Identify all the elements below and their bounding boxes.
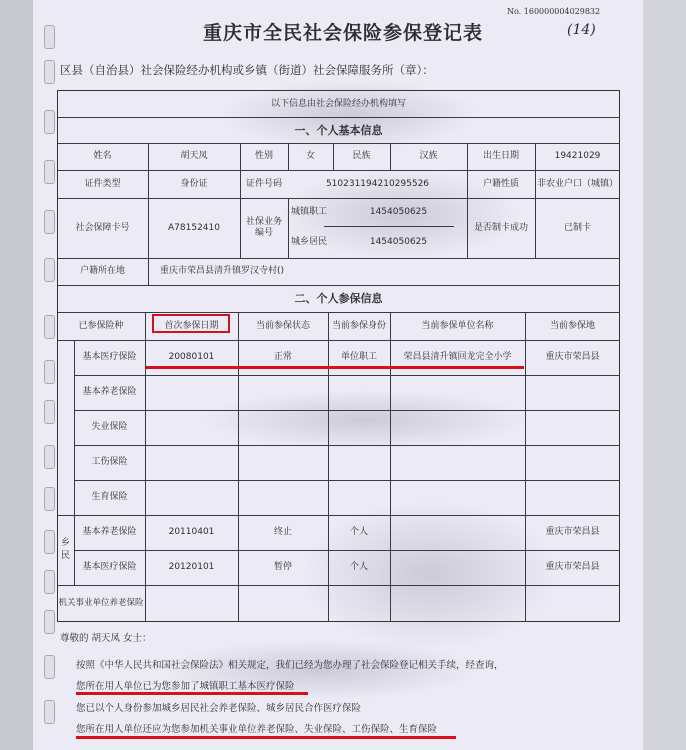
insurance-status: 终止 <box>238 515 328 550</box>
insurance-identity <box>328 410 390 445</box>
punch-hole <box>44 530 55 554</box>
section-title-basic: 一、个人基本信息 <box>57 117 620 143</box>
red-underline <box>76 736 456 739</box>
insurance-identity: 个人 <box>328 515 390 550</box>
punch-hole <box>44 110 55 134</box>
insurance-first-date <box>145 480 238 515</box>
insurance-type: 基本医疗保险 <box>74 340 145 375</box>
label-birth: 出生日期 <box>467 143 535 170</box>
red-underline <box>76 692 308 695</box>
serial-number: No. 160000004029832 <box>507 7 600 16</box>
insurance-location <box>525 375 620 410</box>
punch-hole <box>44 570 55 594</box>
label-urban-worker: 城镇职工 <box>288 198 330 226</box>
insurance-location: 重庆市荣昌县 <box>525 550 620 585</box>
value-gender: 女 <box>288 143 333 170</box>
resident-group-label: 乡民 <box>57 515 74 585</box>
value-card-made: 已制卡 <box>535 198 620 258</box>
label-name: 姓名 <box>57 143 148 170</box>
insurance-status <box>238 480 328 515</box>
insurance-employer: 荣昌县清升镇回龙完全小学 <box>390 340 525 375</box>
label-card-made: 是否制卡成功 <box>467 198 535 258</box>
col-header: 当前参保单位名称 <box>390 312 525 340</box>
insurance-type: 失业保险 <box>74 410 145 445</box>
insurance-location: 重庆市荣昌县 <box>525 340 620 375</box>
value-ethnicity: 汉族 <box>390 143 467 170</box>
insurance-first-date: 20110401 <box>145 515 238 550</box>
punch-hole <box>44 445 55 469</box>
col-header: 已参保险种 <box>57 312 145 340</box>
col-header: 当前参保状态 <box>238 312 328 340</box>
insurance-type: 工伤保险 <box>74 445 145 480</box>
insurance-type: 基本养老保险 <box>74 375 145 410</box>
label-biz-no: 社保业务编号 <box>244 198 284 258</box>
value-id-number: 510231194210295526 <box>288 170 467 198</box>
insurance-location <box>525 410 620 445</box>
label-ethnicity: 民族 <box>333 143 390 170</box>
insurance-status <box>238 375 328 410</box>
insurance-status <box>238 445 328 480</box>
letter-line: 按照《中华人民共和国社会保险法》相关规定，我们已经为您办理了社会保险登记相关手续… <box>76 657 504 671</box>
insurance-employer <box>390 515 525 550</box>
col-header: 当前参保身份 <box>328 312 390 340</box>
label-hukou-type: 户籍性质 <box>467 170 535 198</box>
letter-line: 您所在用人单位还应为您参加机关事业单位养老保险、失业保险、工伤保险、生育保险 <box>76 721 437 735</box>
insurance-status: 正常 <box>238 340 328 375</box>
insurance-first-date: 20120101 <box>145 550 238 585</box>
section-title-insurance: 二、个人参保信息 <box>57 285 620 312</box>
insurance-status <box>238 410 328 445</box>
page-edge <box>643 0 686 750</box>
insurance-employer <box>390 410 525 445</box>
letter-salutation: 尊敬的 胡天凤 女士： <box>60 630 152 644</box>
label-id-type: 证件类型 <box>57 170 148 198</box>
punch-hole <box>44 360 55 384</box>
label-card: 社会保障卡号 <box>57 198 148 258</box>
insurance-identity: 个人 <box>328 550 390 585</box>
red-underline <box>146 366 524 369</box>
insurance-type: 生育保险 <box>74 480 145 515</box>
punch-hole <box>44 400 55 424</box>
document-title: 重庆市全民社会保险参保登记表 <box>0 18 686 45</box>
label-hukou-addr: 户籍所在地 <box>57 258 148 285</box>
punch-hole <box>44 487 55 511</box>
letter-line: 您已以个人身份参加城乡居民社会养老保险、城乡居民合作医疗保险 <box>76 700 361 714</box>
insurance-type: 基本医疗保险 <box>74 550 145 585</box>
insurance-identity: 单位职工 <box>328 340 390 375</box>
insurance-status: 暂停 <box>238 550 328 585</box>
addressee-line: 区县（自治县）社会保险经办机构或乡镇（街道）社会保障服务所（章）： <box>60 62 434 78</box>
insurance-location: 重庆市荣昌县 <box>525 515 620 550</box>
insurance-first-date: 20080101 <box>145 340 238 375</box>
header-note: 以下信息由社会保险经办机构填写 <box>57 92 620 117</box>
insurance-first-date <box>145 410 238 445</box>
punch-hole <box>44 315 55 339</box>
value-resident: 1454050625 <box>330 226 467 258</box>
insurance-employer <box>390 375 525 410</box>
insurance-employer <box>390 550 525 585</box>
insurance-location <box>525 480 620 515</box>
punch-hole <box>44 610 55 634</box>
value-hukou-addr: 重庆市荣昌县清升镇罗汉寺村() <box>160 258 620 285</box>
insurance-employer <box>390 480 525 515</box>
punch-hole <box>44 700 55 724</box>
value-urban-worker: 1454050625 <box>330 198 467 226</box>
insurance-identity <box>328 480 390 515</box>
red-annotation-box <box>152 314 230 333</box>
insurance-employer <box>390 445 525 480</box>
insurance-location <box>525 445 620 480</box>
value-id-type: 身份证 <box>148 170 240 198</box>
value-hukou-type: 非农业户口（城镇） <box>535 170 620 198</box>
insurance-identity <box>328 375 390 410</box>
value-birth: 19421029 <box>535 143 620 170</box>
punch-hole <box>44 60 55 84</box>
institution-row-label: 机关事业单位养老保险 <box>57 585 145 622</box>
insurance-first-date <box>145 445 238 480</box>
value-card: A78152410 <box>148 198 240 258</box>
insurance-type: 基本养老保险 <box>74 515 145 550</box>
punch-hole <box>44 160 55 184</box>
punch-hole <box>44 258 55 282</box>
label-id-number: 证件号码 <box>240 170 288 198</box>
punch-hole <box>44 655 55 679</box>
letter-line: 您所在用人单位已为您参加了城镇职工基本医疗保险 <box>76 678 295 692</box>
insurance-first-date <box>145 375 238 410</box>
value-name: 胡天凤 <box>148 143 240 170</box>
label-resident: 城乡居民 <box>288 226 330 258</box>
insurance-identity <box>328 445 390 480</box>
label-gender: 性别 <box>240 143 288 170</box>
punch-hole <box>44 210 55 234</box>
col-header: 当前参保地 <box>525 312 620 340</box>
